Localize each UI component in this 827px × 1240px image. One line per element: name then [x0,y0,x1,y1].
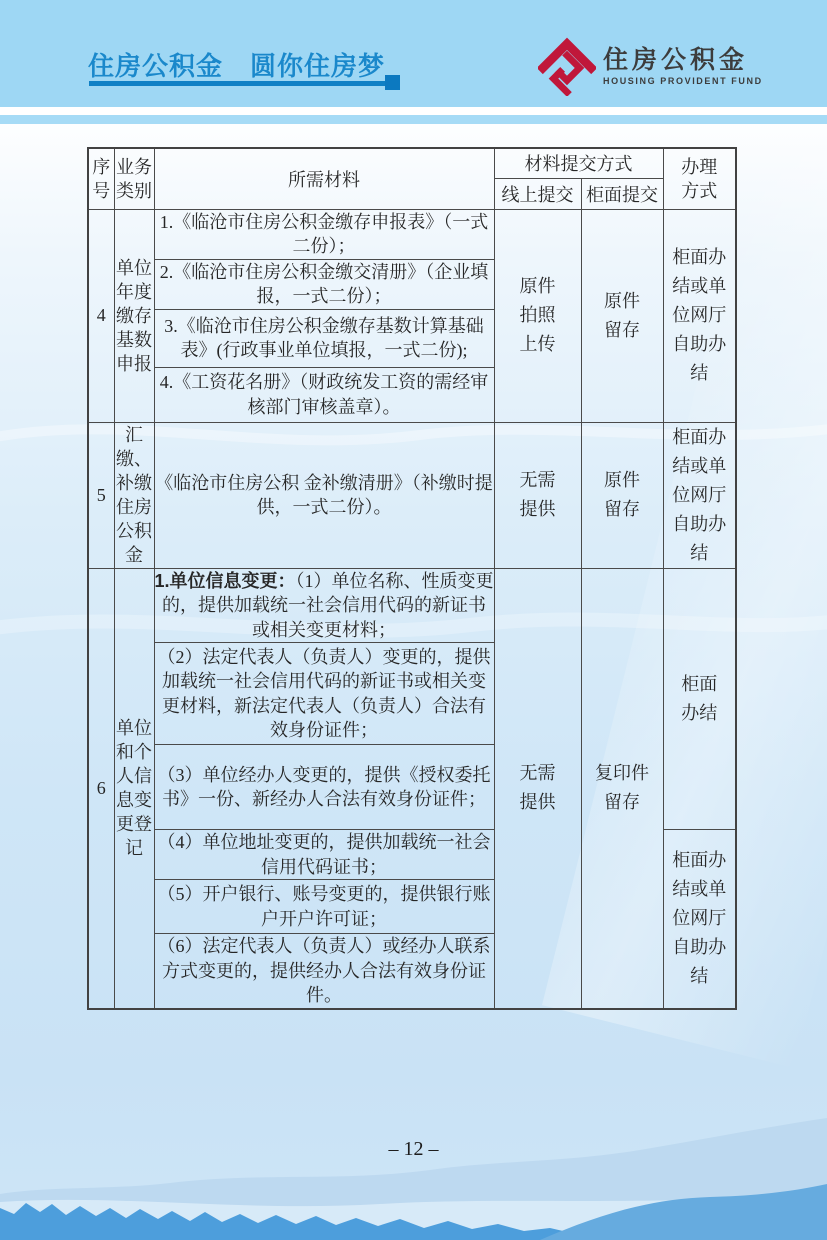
cell-material: 3.《临沧市住房公积金缴存基数计算基础表》(行政事业单位填报，一式二份); [154,309,494,367]
cell-category: 单位 年度 缴存 基数 申报 [114,209,154,422]
col-header-no: 序 号 [88,148,114,209]
slogan-end-square [385,75,400,90]
col-header-category: 业务 类别 [114,148,154,209]
logo-subtitle: HOUSING PROVIDENT FUND [603,76,763,86]
material-bold-prefix: 1.单位信息变更： [155,571,296,591]
logo-diamond-icon [538,36,596,96]
cell-category: 汇缴、 补缴 住房 公积 金 [114,422,154,568]
cell-material: （4）单位地址变更的，提供加载统一社会信用代码证书； [154,830,494,880]
page-number: – 12 – [0,1138,827,1161]
cell-material: （5）开户银行、账号变更的，提供银行账户开户许可证； [154,880,494,934]
logo-title: 住房公积金 [603,47,763,74]
cell-counter-submit: 原件 留存 [581,209,663,422]
slogan-underline [89,81,385,86]
cell-no: 5 [88,422,114,568]
cell-material: 《临沧市住房公积 金补缴清册》（补缴时提供，一式二份）。 [154,422,494,568]
cell-handle-method: 柜面办 结或单 位网厅 自助办 结 [663,422,736,568]
cell-handle-method: 柜面办 结或单 位网厅 自助办 结 [663,209,736,422]
cell-handle-method: 柜面 办结 [663,568,736,830]
cell-no: 4 [88,209,114,422]
table-row: 6 单位 和个 人信 息变 更登 记 1.单位信息变更：（1）单位名称、性质变更… [88,568,736,643]
cell-material: （2）法定代表人（负责人）变更的，提供加载统一社会信用代码的新证书或相关变更材料… [154,643,494,745]
col-header-handle-method: 办理 方式 [663,148,736,209]
cell-counter-submit: 复印件 留存 [581,568,663,1009]
cell-material: 1.单位信息变更：（1）单位名称、性质变更的，提供加载统一社会信用代码的新证书或… [154,568,494,643]
col-header-online-submit: 线上提交 [494,178,581,209]
cell-material: 4.《工资花名册》（财政统发工资的需经审核部门审核盖章）。 [154,367,494,422]
table-row: 5 汇缴、 补缴 住房 公积 金 《临沧市住房公积 金补缴清册》（补缴时提供，一… [88,422,736,568]
cell-material: （6）法定代表人（负责人）或经办人联系方式变更的，提供经办人合法有效身份证件。 [154,934,494,1009]
cell-handle-method: 柜面办 结或单 位网厅 自助办 结 [663,830,736,1009]
cell-material: （3）单位经办人变更的，提供《授权委托书》一份、新经办人合法有效身份证件； [154,745,494,830]
cell-material: 1.《临沧市住房公积金缴存申报表》（一式二份）； [154,209,494,259]
cell-online-submit: 无需 提供 [494,568,581,1009]
cell-online-submit: 无需 提供 [494,422,581,568]
cell-no: 6 [88,568,114,1009]
col-header-submit-method: 材料提交方式 [494,148,663,178]
cell-counter-submit: 原件 留存 [581,422,663,568]
cell-material: 2.《临沧市住房公积金缴交清册》（企业填报，一式二份）； [154,259,494,309]
header-slogan: 住房公积金 圆你住房梦 [88,46,385,83]
col-header-materials: 所需材料 [154,148,494,209]
table-row: 4 单位 年度 缴存 基数 申报 1.《临沧市住房公积金缴存申报表》（一式二份）… [88,209,736,259]
cell-online-submit: 原件 拍照 上传 [494,209,581,422]
requirements-table: 序 号 业务 类别 所需材料 材料提交方式 办理 方式 线上提交 柜面提交 4 … [87,147,737,1010]
header-divider-strip [0,115,827,124]
col-header-counter-submit: 柜面提交 [581,178,663,209]
cell-category: 单位 和个 人信 息变 更登 记 [114,568,154,1009]
housing-fund-logo: 住房公积金 HOUSING PROVIDENT FUND [538,36,763,96]
